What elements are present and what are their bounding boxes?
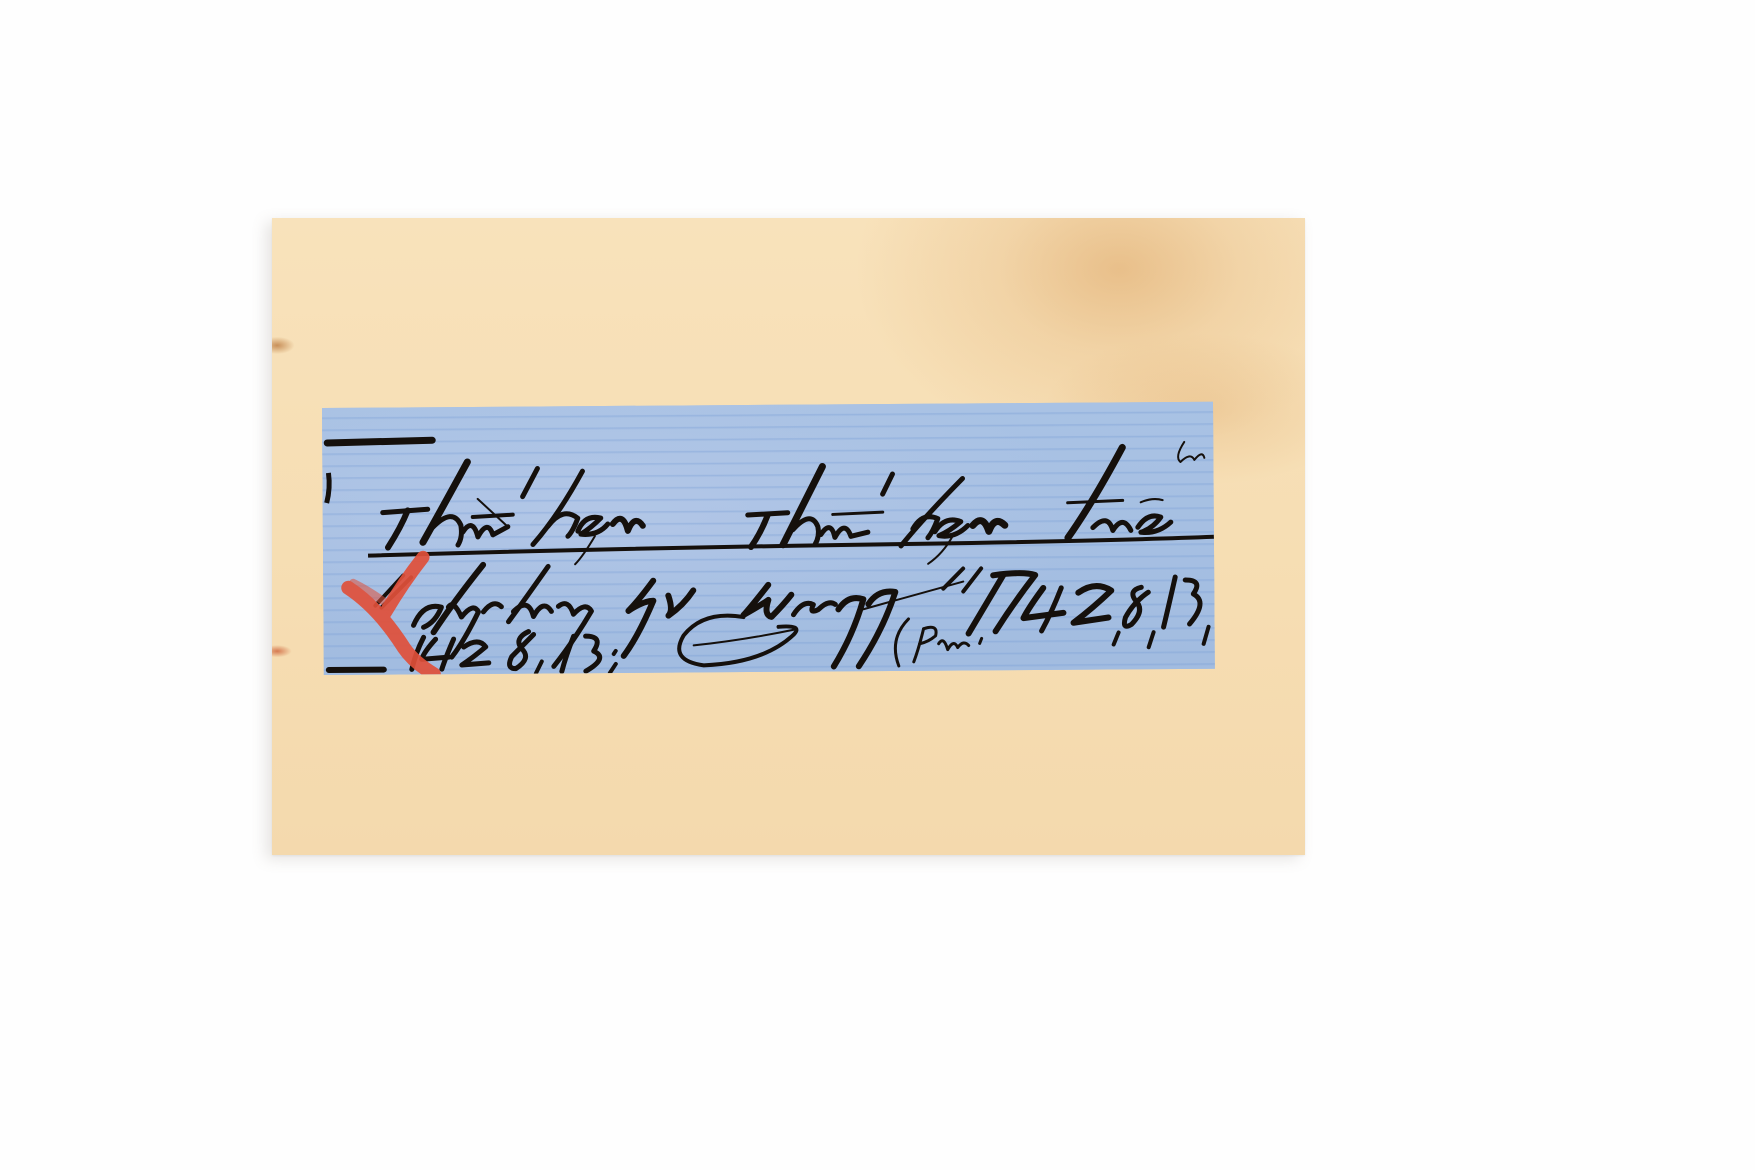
photo-stage: Thu' Ken Thu' Ken tue ha "dyrhy yo unrgg… xyxy=(0,0,1755,1170)
handwriting-ink xyxy=(322,402,1215,675)
blue-paper-slip: Thu' Ken Thu' Ken tue ha "dyrhy yo unrgg… xyxy=(322,402,1215,675)
